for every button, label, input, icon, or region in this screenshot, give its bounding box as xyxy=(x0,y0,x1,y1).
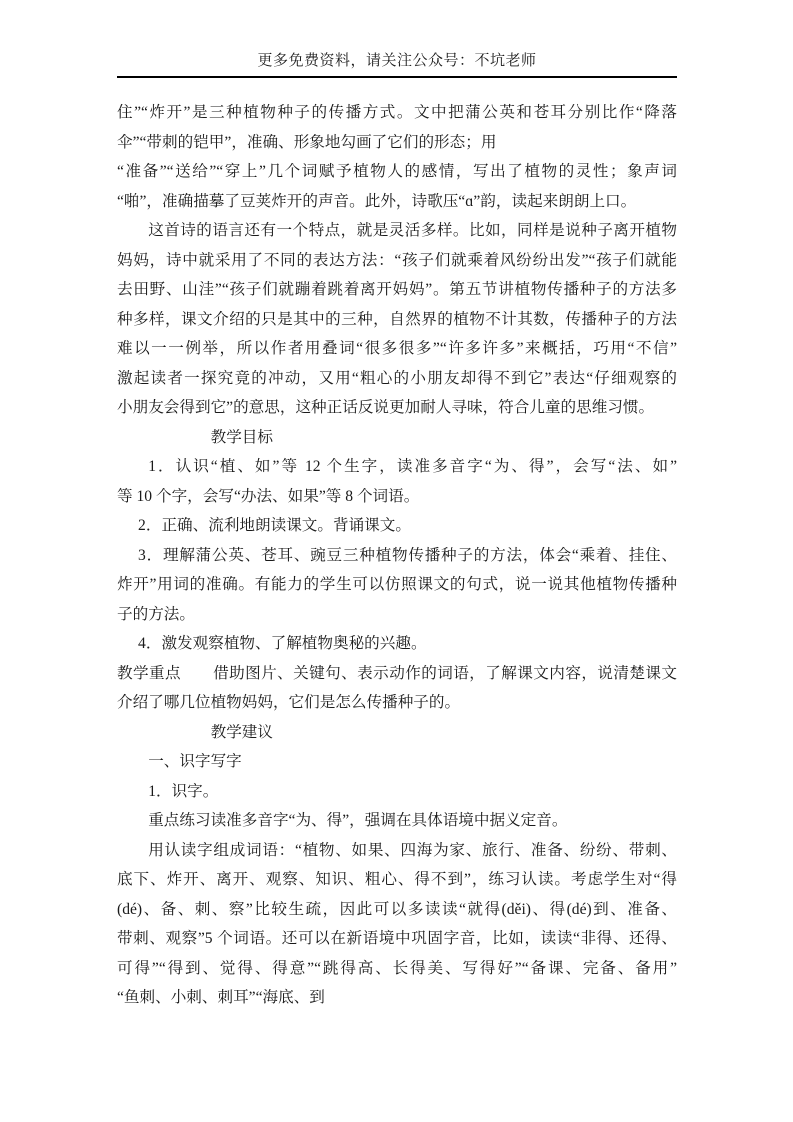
text-line: 介绍了哪几位植物妈妈，它们是怎么传播种子的。 xyxy=(117,688,677,718)
text-line: 伞”“带刺的铠甲”，准确、形象地勾画了它们的形态；用 xyxy=(117,128,677,158)
text-line: 用认读字组成词语：“植物、如果、四海为家、旅行、准备、纷纷、带刺、 xyxy=(117,836,677,866)
text-line: 激起读者一探究竟的冲动，又用“粗心的小朋友却得不到它”表达“仔细观察的 xyxy=(117,364,677,394)
text-line: 教学目标 xyxy=(117,423,677,453)
text-line: 可得”“得到、觉得、得意”“跳得高、长得美、写得好”“备课、完备、备用” xyxy=(117,954,677,984)
text-line: (dé)、备、刺、察”比较生疏，因此可以多读读“就得(děi)、得(dé)到、准… xyxy=(117,895,677,925)
text-line: 小朋友会得到它”的意思，这种正话反说更加耐人寻味，符合儿童的思维习惯。 xyxy=(117,393,677,423)
text-line: 等 10 个字，会写“办法、如果”等 8 个词语。 xyxy=(117,482,677,512)
document-body: 住”“炸开”是三种植物种子的传播方式。文中把蒲公英和苍耳分别比作“降落伞”“带刺… xyxy=(117,98,677,1013)
text-line: “鱼刺、小刺、刺耳”“海底、到 xyxy=(117,983,677,1013)
text-line: 教学重点 借助图片、关键句、表示动作的词语，了解课文内容，说清楚课文 xyxy=(117,659,677,689)
text-line: 妈妈，诗中就采用了不同的表达方法：“孩子们就乘着风纷纷出发”“孩子们就能 xyxy=(117,246,677,276)
document-page: 更多免费资料，请关注公众号：不坑老师 住”“炸开”是三种植物种子的传播方式。文中… xyxy=(0,0,793,1122)
text-line: 1．认识“植、如”等 12 个生字，读准多音字“为、得”，会写“法、如” xyxy=(117,452,677,482)
text-line: 底下、炸开、离开、观察、知识、粗心、得不到”，练习认读。考虑学生对“得 xyxy=(117,865,677,895)
text-line: 教学建议 xyxy=(117,718,677,748)
text-line: 子的方法。 xyxy=(117,600,677,630)
text-line: 4．激发观察植物、了解植物奥秘的兴趣。 xyxy=(117,629,677,659)
text-line: 重点练习读准多音字“为、得”，强调在具体语境中据义定音。 xyxy=(117,806,677,836)
text-line: “准备”“送给”“穿上”几个词赋予植物人的感情，写出了植物的灵性；象声词 xyxy=(117,157,677,187)
text-line: 去田野、山洼”“孩子们就蹦着跳着离开妈妈”。第五节讲植物传播种子的方法多 xyxy=(117,275,677,305)
text-line: 种多样，课文介绍的只是其中的三种，自然界的植物不计其数，传播种子的方法 xyxy=(117,305,677,335)
header-notice: 更多免费资料，请关注公众号：不坑老师 xyxy=(117,51,677,71)
text-line: 这首诗的语言还有一个特点，就是灵活多样。比如，同样是说种子离开植物 xyxy=(117,216,677,246)
text-line: 2．正确、流利地朗读课文。背诵课文。 xyxy=(117,511,677,541)
header-rule xyxy=(117,76,677,78)
text-line: 住”“炸开”是三种植物种子的传播方式。文中把蒲公英和苍耳分别比作“降落 xyxy=(117,98,677,128)
text-line: 带刺、观察”5 个词语。还可以在新语境中巩固字音，比如，读读“非得、还得、 xyxy=(117,924,677,954)
text-line: 难以一一例举，所以作者用叠词“很多很多”“许多许多”来概括，巧用“不信” xyxy=(117,334,677,364)
text-line: 1．识字。 xyxy=(117,777,677,807)
text-line: 炸开”用词的准确。有能力的学生可以仿照课文的句式，说一说其他植物传播种 xyxy=(117,570,677,600)
text-line: 3．理解蒲公英、苍耳、豌豆三种植物传播种子的方法，体会“乘着、挂住、 xyxy=(117,541,677,571)
text-line: 一、识字写字 xyxy=(117,747,677,777)
text-line: “啪”，准确描摹了豆荚炸开的声音。此外，诗歌压“ɑ”韵，读起来朗朗上口。 xyxy=(117,187,677,217)
